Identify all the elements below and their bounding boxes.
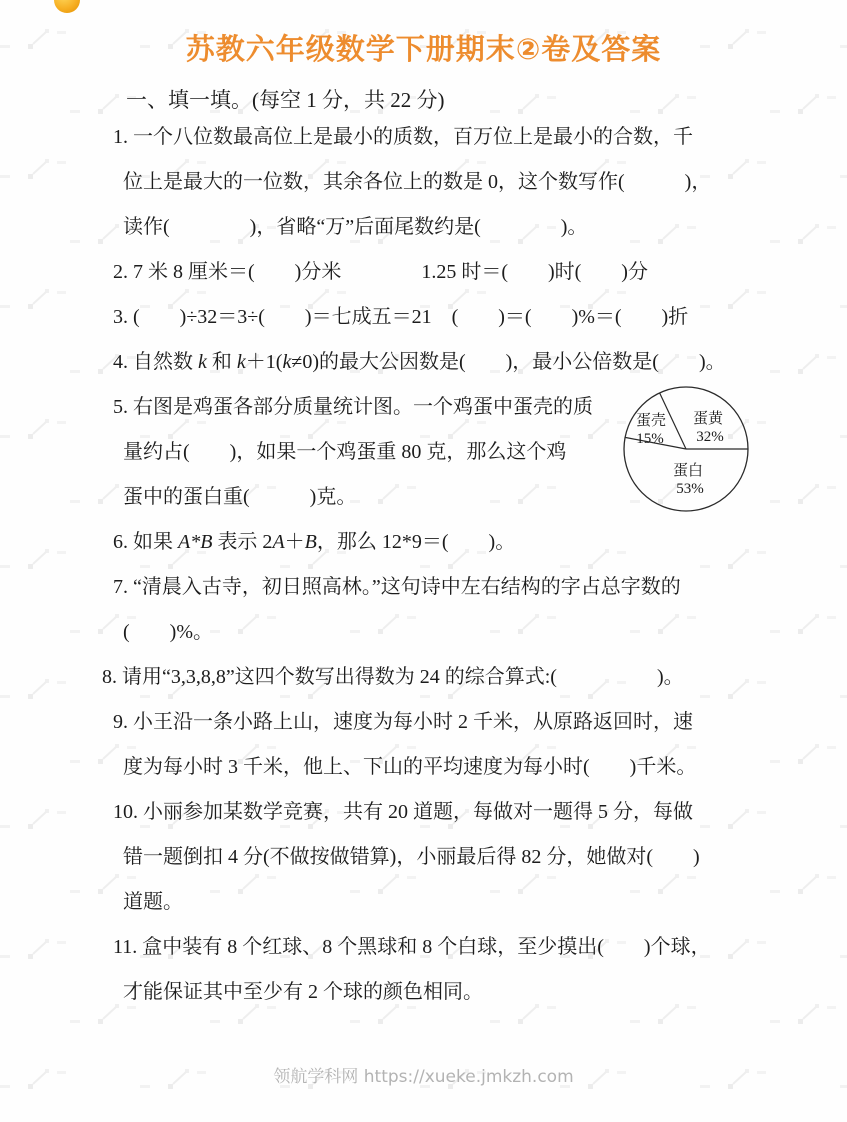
- question-9-line-1: 9. 小王沿一条小路上山，速度为每小时 2 千米，从原路返回时，速: [0, 700, 847, 745]
- question-2-line-1: 2. 7 米 8 厘米＝( )分米 1.25 时＝( )时( )分: [0, 250, 847, 295]
- variable-b: B: [305, 531, 317, 553]
- question-list: 1. 一个八位数最高位上是最小的质数，百万位上是最小的合数，千 位上是最大的一位…: [0, 115, 847, 1015]
- question-3: 3. ( )÷32＝3÷( )＝七成五＝21 ( )＝( )%＝( )折: [0, 295, 847, 340]
- pie-label-shell: 蛋壳: [636, 411, 666, 429]
- variable-k: k: [198, 351, 207, 373]
- pie-label-yolk: 蛋黄: [693, 409, 724, 427]
- question-11-line-1: 11. 盒中装有 8 个红球、8 个黑球和 8 个白球，至少摸出( )个球，: [0, 925, 847, 970]
- question-11: 11. 盒中装有 8 个红球、8 个黑球和 8 个白球，至少摸出( )个球， 才…: [0, 925, 847, 1015]
- exam-page: 苏教六年级数学下册期末②卷及答案 一、填一填。(每空 1 分，共 22 分) 1…: [0, 0, 847, 1122]
- pie-label-white: 蛋白: [673, 462, 703, 479]
- question-7: 7. “清晨入古寺，初日照高林。”这句诗中左右结构的字占总字数的 ( )%。: [0, 565, 847, 655]
- question-10: 10. 小丽参加某数学竞赛，共有 20 道题，每做对一题得 5 分，每做 错一题…: [0, 790, 847, 925]
- page-title: 苏教六年级数学下册期末②卷及答案: [0, 27, 847, 68]
- question-4: 4. 自然数 k 和 k＋1(k≠0)的最大公因数是( )，最小公倍数是( )。: [0, 340, 847, 385]
- question-10-line-3: 道题。: [0, 880, 847, 925]
- question-3-line-1: 3. ( )÷32＝3÷( )＝七成五＝21 ( )＝( )%＝( )折: [0, 295, 847, 340]
- question-7-line-2: ( )%。: [0, 610, 847, 655]
- question-10-line-2: 错一题倒扣 4 分(不做按做错算)，小丽最后得 82 分，她做对( ): [0, 835, 847, 880]
- question-8: 8. 请用“3,3,8,8”这四个数写出得数为 24 的综合算式:( )。: [0, 655, 847, 700]
- variable-k: k: [237, 351, 246, 373]
- question-1-line-2: 位上是最大的一位数，其余各位上的数是 0，这个数写作( )，: [0, 160, 847, 205]
- egg-mass-pie-chart: 蛋壳 15% 蛋黄 32% 蛋白 53%: [614, 382, 764, 522]
- question-8-line-1: 8. 请用“3,3,8,8”这四个数写出得数为 24 的综合算式:( )。: [0, 655, 847, 700]
- question-11-line-2: 才能保证其中至少有 2 个球的颜色相同。: [0, 970, 847, 1015]
- question-7-line-1: 7. “清晨入古寺，初日照高林。”这句诗中左右结构的字占总字数的: [0, 565, 847, 610]
- question-4-line-1: 4. 自然数 k 和 k＋1(k≠0)的最大公因数是( )，最小公倍数是( )。: [0, 340, 847, 385]
- footer-watermark-text: 领航学科网 https://xueke.jmkzh.com: [0, 1062, 847, 1087]
- question-10-line-1: 10. 小丽参加某数学竞赛，共有 20 道题，每做对一题得 5 分，每做: [0, 790, 847, 835]
- pie-value-shell: 15%: [636, 431, 664, 447]
- pie-value-white: 53%: [676, 481, 704, 497]
- question-6: 6. 如果 A*B 表示 2A＋B，那么 12*9＝( )。: [0, 520, 847, 565]
- question-2: 2. 7 米 8 厘米＝( )分米 1.25 时＝( )时( )分: [0, 250, 847, 295]
- pie-value-yolk: 32%: [696, 429, 724, 445]
- question-1-line-3: 读作( )，省略“万”后面尾数约是( )。: [0, 205, 847, 250]
- variable-a: A: [272, 531, 284, 553]
- section-heading: 一、填一填。(每空 1 分，共 22 分): [126, 84, 445, 114]
- question-9-line-2: 度为每小时 3 千米，他上、下山的平均速度为每小时( )千米。: [0, 745, 847, 790]
- question-6-line-1: 6. 如果 A*B 表示 2A＋B，那么 12*9＝( )。: [0, 520, 847, 565]
- question-1: 1. 一个八位数最高位上是最小的质数，百万位上是最小的合数，千 位上是最大的一位…: [0, 115, 847, 250]
- variable-a-star-b: A*B: [178, 531, 212, 553]
- question-9: 9. 小王沿一条小路上山，速度为每小时 2 千米，从原路返回时，速 度为每小时 …: [0, 700, 847, 790]
- question-1-line-1: 1. 一个八位数最高位上是最小的质数，百万位上是最小的合数，千: [0, 115, 847, 160]
- variable-k: k: [282, 351, 291, 373]
